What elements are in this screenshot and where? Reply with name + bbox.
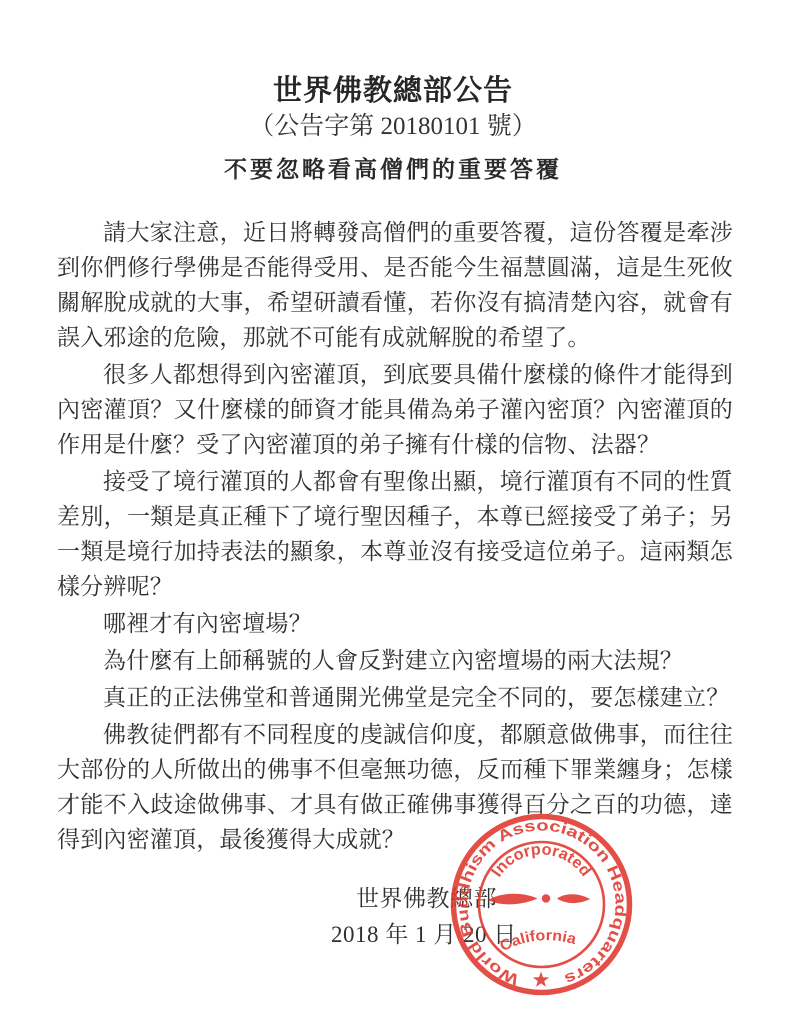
body-paragraph: 哪裡才有內密壇場？ bbox=[57, 606, 733, 641]
scanned-announcement-page: 世界佛教總部公告 （公告字第 20180101 號） 不要忽略看高僧們的重要答覆… bbox=[0, 0, 786, 1024]
official-stamp: World Buddhism Association Headquarters … bbox=[448, 811, 636, 999]
stamp-incorporated-text: Incorporated bbox=[488, 841, 594, 880]
body-paragraph: 請大家注意，近日將轉發高僧們的重要答覆，這份答覆是牽涉到你們修行學佛是否能得受用… bbox=[57, 215, 733, 355]
body-paragraph: 很多人都想得到內密灌頂，到底要具備什麼樣的條件才能得到內密灌頂？又什麼樣的師資才… bbox=[57, 357, 733, 462]
announcement-heading: 不要忽略看高僧們的重要答覆 bbox=[0, 155, 786, 185]
right-petal-icon bbox=[557, 894, 590, 903]
left-petal-icon bbox=[488, 894, 538, 905]
body-paragraph: 真正的正法佛堂和普通開光佛堂是完全不同的，要怎樣建立？ bbox=[57, 680, 733, 715]
stamp-center-motif bbox=[488, 894, 590, 905]
body-paragraph: 為什麼有上師稱號的人會反對建立內密壇場的兩大法規？ bbox=[57, 643, 733, 678]
announcement-number: （公告字第 20180101 號） bbox=[0, 112, 786, 142]
page-title: 世界佛教總部公告 bbox=[0, 0, 786, 110]
stamp-california-text: California bbox=[497, 927, 578, 955]
body-paragraph: 接受了境行灌頂的人都會有聖像出顯，境行灌頂有不同的性質差別，一類是真正種下了境行… bbox=[57, 464, 733, 604]
announcement-body: 請大家注意，近日將轉發高僧們的重要答覆，這份答覆是牽涉到你們修行學佛是否能得受用… bbox=[57, 215, 733, 857]
center-dot-icon bbox=[542, 894, 550, 902]
star-icon bbox=[533, 972, 549, 987]
